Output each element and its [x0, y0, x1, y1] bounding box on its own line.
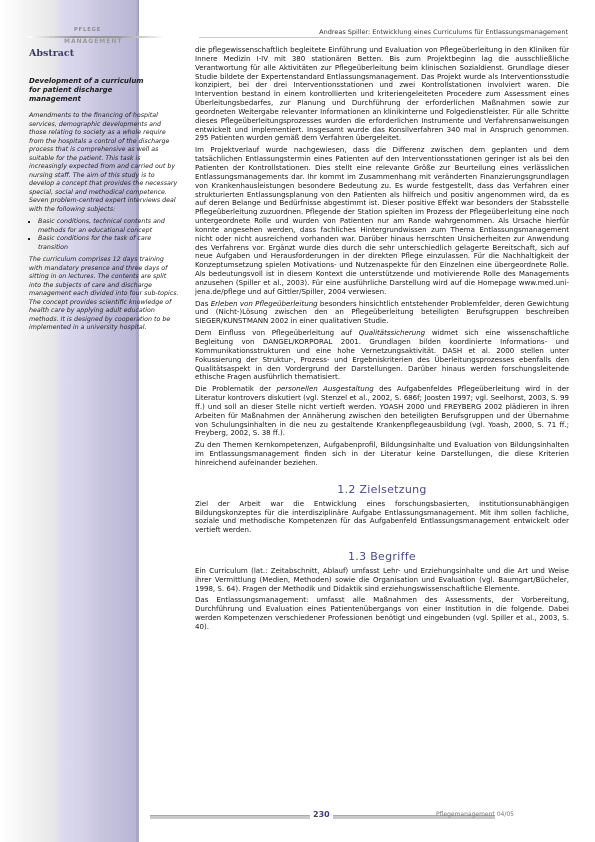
- text-run: widmet sich eine wissenschaftliche Begle…: [195, 328, 569, 381]
- abstract-paragraph-2: The curriculum comprises 12 days trainin…: [29, 256, 179, 333]
- abstract-body: Amendments to the financing of hospital …: [29, 112, 179, 333]
- section-heading-zielsetzung: 1.2 Zielsetzung: [195, 486, 569, 495]
- abstract-bullet-list: Basic conditions, technical contents and…: [29, 218, 179, 252]
- text-run: Die Problematik der: [195, 384, 276, 393]
- abstract-bullet: Basic conditions, technical contents and…: [38, 218, 179, 235]
- logo-line1: PFLEGE: [74, 27, 101, 33]
- emphasis: Qualitätssicherung: [359, 328, 425, 337]
- logo-line2: MANAGEMENT: [64, 38, 123, 45]
- journal-issue: Pflegemanagement 04/05: [436, 811, 514, 818]
- abstract-title: Development of a curriculum for patient …: [29, 77, 155, 104]
- body-paragraph: Im Projektverlauf wurde nachgewiesen, da…: [195, 146, 569, 296]
- abstract-heading: Abstract: [26, 46, 158, 61]
- section-heading-begriffe: 1.3 Begriffe: [195, 553, 569, 562]
- emphasis: Erleben von Pflegeüberleitung: [211, 299, 318, 308]
- body-paragraph: die pflegewissenschaftlich begleitete Ei…: [195, 46, 569, 143]
- abstract-paragraph-1: Amendments to the financing of hospital …: [29, 112, 179, 214]
- body-paragraph: Ein Curriculum (lat.: Zeitabschnitt, Abl…: [195, 567, 569, 594]
- abstract-bullet: Basic conditions for the task of care tr…: [38, 235, 179, 252]
- main-text-column: die pflegewissenschaftlich begleitete Ei…: [195, 46, 569, 635]
- body-paragraph: Zu den Themen Kernkompetenzen, Aufgabenp…: [195, 441, 569, 468]
- journal-logo: PFLEGE MANAGEMENT: [28, 26, 164, 46]
- page-footer: 230 Pflegemanagement 04/05: [150, 811, 570, 821]
- text-run: Das: [195, 299, 211, 308]
- body-paragraph: Ziel der Arbeit war die Entwicklung eine…: [195, 500, 569, 535]
- running-head: Andreas Spiller: Entwicklung eines Curri…: [199, 28, 568, 38]
- text-run: Dem Einfluss von Pflegeüberleitung auf: [195, 328, 359, 337]
- body-paragraph: Dem Einfluss von Pflegeüberleitung auf Q…: [195, 329, 569, 382]
- abstract-panel: Abstract Development of a curriculum for…: [26, 46, 158, 337]
- page-number: 230: [310, 810, 333, 819]
- body-paragraph: Das Entlassungsmanagement: umfasst alle …: [195, 596, 569, 631]
- body-paragraph: Die Problematik der personellen Ausgesta…: [195, 385, 569, 438]
- body-paragraph: Das Erleben von Pflegeüberleitung besond…: [195, 300, 569, 327]
- text-run: des Aufgabenfeldes Pflegeüberleitung wir…: [195, 384, 569, 437]
- emphasis: personellen Ausgestaltung: [276, 384, 373, 393]
